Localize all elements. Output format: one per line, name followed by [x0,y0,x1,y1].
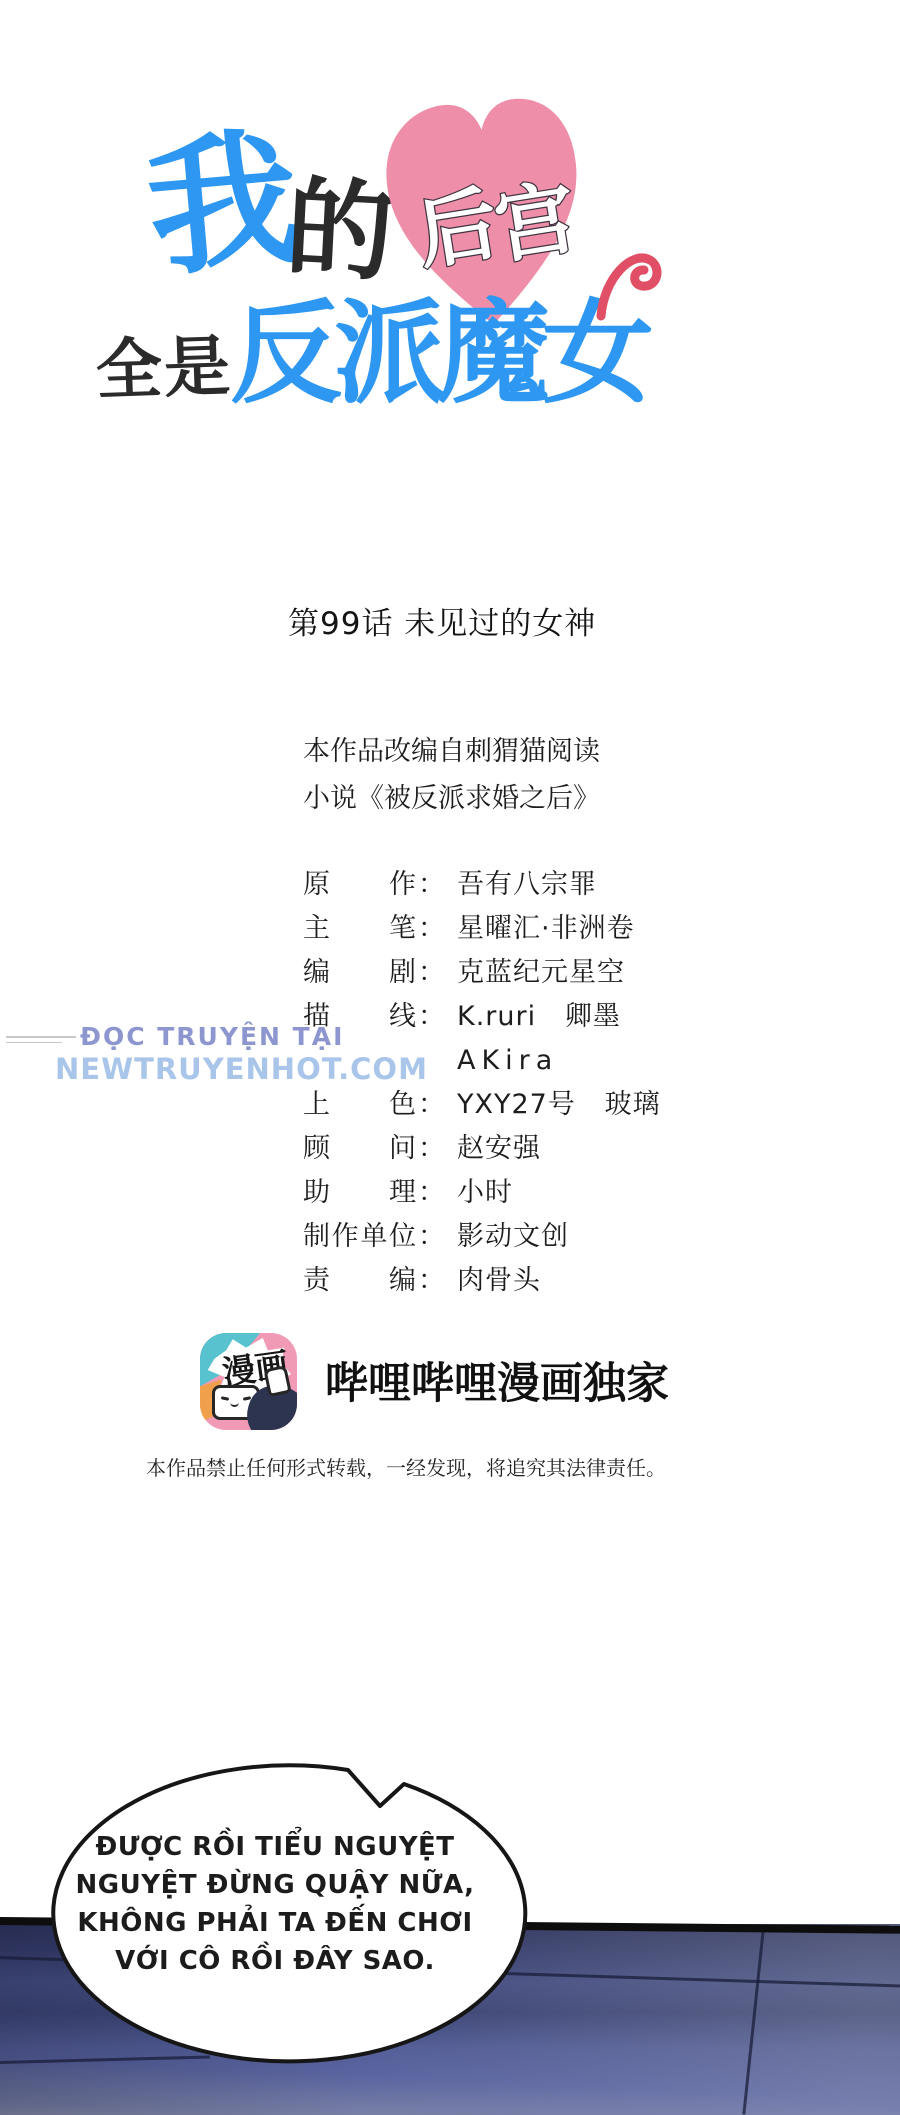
credit-row: 编剧：克蓝纪元星空 [303,951,661,995]
credit-value: 影动文创 [457,1215,569,1259]
credits-intro: 本作品改编自刺猬猫阅读 小说《被反派求婚之后》 [303,728,600,822]
credit-label: 主笔 [303,907,416,951]
credit-value: 赵安强 [457,1127,541,1171]
watermark-line1: ĐỌC TRUYỆN TẠI [80,1022,344,1051]
credit-value: 星曜汇·非洲卷 [457,907,635,951]
credit-colon: ： [418,1171,445,1215]
heart-char-gong: 宫 [489,170,583,274]
title-char-wo: 我 [142,124,305,287]
credit-row: 原作：吾有八宗罪 [303,863,661,907]
credit-label: 编剧 [303,951,416,995]
credits-intro-line1: 本作品改编自刺猬猫阅读 [303,728,600,775]
credit-colon: ： [418,995,445,1039]
credit-value: K.ruri 卿墨 [457,995,621,1039]
credit-value: 吾有八宗罪 [457,863,597,907]
credit-colon: ： [418,907,445,951]
comic-title-page: 我 的 后 宫 全是 反派魔女 第99话 未见过的女神 本作品改编自刺猬猫阅读 … [0,0,900,2115]
credit-row: 制作单位：影动文创 [303,1215,661,1259]
devil-tail-icon [596,244,666,326]
credit-value: 肉骨头 [457,1259,541,1303]
credit-colon: ： [418,863,445,907]
credit-row: 主笔：星曜汇·非洲卷 [303,907,661,951]
bubble-text-line4: VỚI CÔ RỒI ĐÂY SAO. [40,1942,510,1980]
credit-label: 制作单位 [303,1215,416,1259]
title-line2-main: 反派魔女 [230,298,646,410]
credit-row: 责编：肉骨头 [303,1259,661,1303]
credit-value: YXY27号 玻璃 [457,1083,661,1127]
speech-bubble-text: ĐƯỢC RỒI TIỂU NGUYỆT NGUYỆT ĐỪNG QUẬY NỮ… [40,1828,510,1980]
credit-colon: ： [418,1083,445,1127]
credit-row: 描线：K.ruri 卿墨 [303,995,661,1039]
credit-colon: ： [418,951,445,995]
bubble-text-line2: NGUYỆT ĐỪNG QUẬY NỮA, [40,1866,510,1904]
credit-label: 责编 [303,1259,416,1303]
panel-seam [742,1930,764,2114]
credit-label: 原作 [303,863,416,907]
title-line2-prefix: 全是 [95,334,233,405]
credit-row: 上色：YXY27号 玻璃 [303,1083,661,1127]
platform-exclusive-text: 哔哩哔哩漫画独家 [325,1350,669,1411]
credit-value: 克蓝纪元星空 [457,951,625,995]
legal-notice: 本作品禁止任何形式转载，一经发现，将追究其法律责任。 [146,1452,666,1481]
watermark-scribble [6,1036,76,1047]
credit-colon: ： [418,1259,445,1303]
title-char-de: 的 [283,175,397,289]
chapter-title: 第99话 未见过的女神 [288,598,596,643]
credits-intro-line2: 小说《被反派求婚之后》 [303,775,600,822]
bilibili-manga-logo-icon: 漫画 [200,1333,297,1430]
credit-row: 助理：小时 [303,1171,661,1215]
credit-colon: ： [418,1215,445,1259]
watermark-site-url: NEWTRUYENHOT.COM [55,1052,428,1086]
credit-row: 顾问：赵安强 [303,1127,661,1171]
credit-value: 小时 [457,1171,513,1215]
credit-colon: ： [418,1127,445,1171]
credit-value: AKira [457,1039,558,1083]
bubble-text-line1: ĐƯỢC RỒI TIỂU NGUYỆT [40,1828,510,1866]
bubble-text-line3: KHÔNG PHẢI TA ĐẾN CHƠI [40,1904,510,1942]
credit-label: 助理 [303,1171,416,1215]
credit-label: 上色 [303,1083,416,1127]
credit-label: 顾问 [303,1127,416,1171]
